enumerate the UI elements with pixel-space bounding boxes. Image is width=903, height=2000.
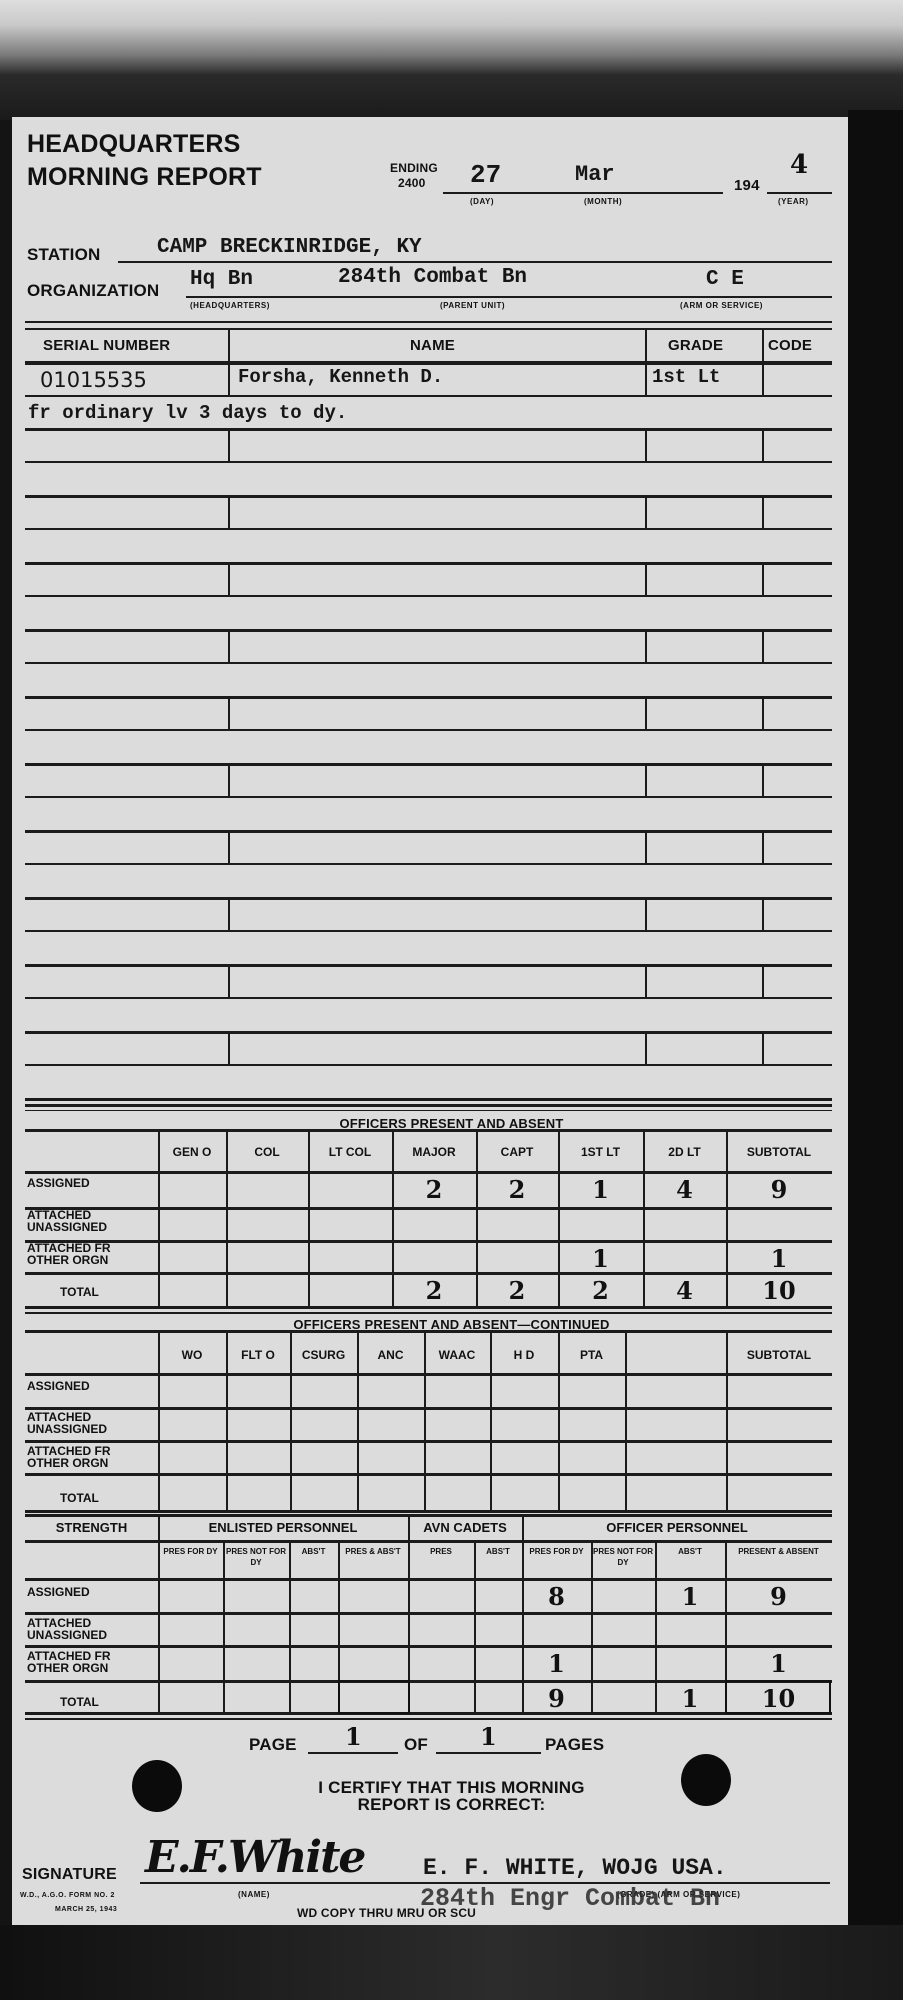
rule [25, 428, 832, 431]
entry-serial: 01015535 [40, 368, 147, 392]
col-divider [228, 763, 230, 796]
rule [25, 830, 832, 833]
rule [25, 1680, 832, 1683]
rule [25, 1440, 832, 1443]
entry-grade: 1st Lt [652, 366, 720, 388]
form-title-morning-report: MORNING REPORT [27, 164, 262, 190]
officers-cell: 1 [558, 1244, 643, 1273]
continued-col-header: WAAC [424, 1348, 490, 1362]
form-title-headquarters: HEADQUARTERS [27, 131, 241, 157]
avn-cadets-group-header: AVN CADETS [408, 1520, 522, 1535]
of-label: OF [404, 1735, 428, 1755]
col-divider [762, 696, 764, 729]
col-header-serial: SERIAL NUMBER [43, 337, 170, 354]
page-total: 1 [480, 1722, 497, 1751]
rule [25, 696, 832, 699]
rule [25, 1098, 832, 1101]
col-divider [228, 629, 230, 662]
strength-cell: 9 [725, 1582, 832, 1611]
org-parent-unit: 284th Combat Bn [338, 266, 527, 289]
ending-label: ENDING [390, 161, 438, 175]
rule [25, 729, 832, 731]
strength-row-label: ASSIGNED [27, 1586, 137, 1598]
scan-top-border [0, 0, 903, 120]
officers-col-header: COL [226, 1145, 308, 1159]
rule [25, 1330, 832, 1333]
officers-col-header: CAPT [476, 1145, 558, 1159]
station-label: STATION [27, 245, 100, 265]
continued-row-label: TOTAL [60, 1492, 170, 1504]
col-divider [228, 1031, 230, 1064]
col-divider [762, 964, 764, 997]
continued-col-header: FLT O [226, 1348, 290, 1362]
rule [25, 1718, 832, 1720]
enlisted-group-header: ENLISTED PERSONNEL [158, 1520, 408, 1535]
signer-typed-name: E. F. WHITE, WOJG USA. [423, 1855, 727, 1881]
col-divider [762, 763, 764, 796]
col-divider [762, 330, 764, 396]
name-caption: (NAME) [238, 1890, 270, 1899]
report-month: Mar [575, 162, 615, 187]
strength-title: STRENGTH [25, 1520, 158, 1535]
officers-col-header: MAJOR [392, 1145, 476, 1159]
rule [25, 1407, 832, 1410]
rule [25, 395, 832, 397]
officers-cell: 10 [726, 1276, 832, 1305]
rule [25, 964, 832, 967]
col-divider [625, 1330, 627, 1510]
rule [25, 1064, 832, 1066]
report-day: 27 [470, 160, 501, 190]
organization-label: ORGANIZATION [27, 281, 159, 301]
col-divider [228, 428, 230, 461]
rule [25, 1031, 832, 1034]
parent-unit-caption: (PARENT UNIT) [440, 301, 505, 310]
officers-cell: 1 [726, 1244, 832, 1273]
officers-col-header: 1ST LT [558, 1145, 643, 1159]
enlisted-total-box [338, 1680, 410, 1714]
rule [25, 1473, 832, 1476]
officers-cell: 2 [558, 1276, 643, 1305]
col-divider [228, 897, 230, 930]
continued-col-header: ANC [357, 1348, 424, 1362]
rule [25, 629, 832, 632]
pages-label: PAGES [545, 1735, 604, 1755]
rule [25, 461, 832, 463]
signature-script: E.F.White [145, 1832, 364, 1883]
rule [25, 1104, 832, 1107]
continued-row-label: ATTACHED FR OTHER ORGN [27, 1445, 137, 1469]
col-divider [228, 830, 230, 863]
col-divider [762, 830, 764, 863]
strength-row-label: ATTACHED FR OTHER ORGN [27, 1650, 137, 1674]
col-divider [645, 1031, 647, 1064]
col-divider [228, 495, 230, 528]
strength-cell: 1 [655, 1684, 725, 1713]
col-divider [228, 964, 230, 997]
year-underline [767, 192, 832, 194]
date-underline [443, 192, 723, 194]
officer-total-box [725, 1680, 831, 1714]
rule [25, 763, 832, 766]
certify-line-2: REPORT IS CORRECT: [0, 1796, 903, 1814]
col-divider [645, 629, 647, 662]
station-value: CAMP BRECKINRIDGE, KY [157, 236, 422, 259]
rule [25, 1373, 832, 1376]
officers-col-header: 2D LT [643, 1145, 726, 1159]
officers-cell: 2 [392, 1276, 476, 1305]
col-divider [645, 562, 647, 595]
rule [25, 1510, 832, 1513]
strength-col-header: ABS'T [655, 1546, 725, 1557]
strength-col-header: PRES & ABS'T [338, 1546, 408, 1557]
rule [25, 997, 832, 999]
strength-cell: 8 [522, 1582, 591, 1611]
rule [25, 1272, 832, 1275]
col-divider [762, 428, 764, 461]
rule [25, 1312, 832, 1314]
officers-cell: 9 [726, 1175, 832, 1204]
strength-col-header: PRESENT & ABSENT [725, 1546, 832, 1557]
col-header-code: CODE [768, 337, 812, 354]
rule [25, 562, 832, 565]
strength-col-header: PRES NOT FOR DY [591, 1546, 655, 1568]
rule [25, 1110, 832, 1111]
continued-row-label: ATTACHED UNASSIGNED [27, 1411, 137, 1435]
officers-row-label: ATTACHED FR OTHER ORGN [27, 1242, 137, 1266]
officers-cell: 1 [558, 1175, 643, 1204]
header-rule [25, 361, 832, 365]
rule [25, 1514, 832, 1517]
org-headquarters: Hq Bn [190, 268, 253, 291]
officers-row-label: ATTACHED UNASSIGNED [27, 1209, 137, 1233]
rule [25, 1578, 832, 1581]
col-divider [645, 330, 647, 396]
ending-time-label: 2400 [398, 176, 426, 190]
headquarters-caption: (HEADQUARTERS) [190, 301, 270, 310]
strength-col-header: PRES FOR DY [158, 1546, 223, 1557]
rule [25, 321, 832, 323]
report-year-digit: 4 [790, 150, 808, 180]
organization-underline [186, 296, 832, 298]
officers-cell: 4 [643, 1276, 726, 1305]
station-underline [118, 261, 832, 263]
rule [25, 595, 832, 597]
col-divider [645, 897, 647, 930]
day-caption: (DAY) [470, 197, 494, 206]
col-divider [762, 897, 764, 930]
rule [25, 1171, 832, 1174]
rule [25, 495, 832, 498]
strength-cell: 1 [655, 1582, 725, 1611]
strength-cell: 1 [725, 1649, 832, 1678]
rule [25, 1129, 832, 1132]
col-divider [645, 830, 647, 863]
continued-col-header: CSURG [290, 1348, 357, 1362]
col-divider [228, 696, 230, 729]
strength-col-header: PRES FOR DY [522, 1546, 591, 1557]
strength-cell: 1 [522, 1649, 591, 1678]
officers-col-header: GEN O [158, 1145, 226, 1159]
rule [25, 662, 832, 664]
rule [25, 1645, 832, 1648]
col-divider [645, 428, 647, 461]
form-date: MARCH 25, 1943 [55, 1906, 117, 1913]
unit-stamp: 284th Engr Combat Bn [420, 1884, 720, 1913]
rule [25, 796, 832, 798]
officer-personnel-group-header: OFFICER PERSONNEL [522, 1520, 832, 1535]
col-divider [762, 629, 764, 662]
rule [25, 897, 832, 900]
col-divider [645, 495, 647, 528]
scan-right-border [848, 110, 903, 1940]
strength-row-label: ATTACHED UNASSIGNED [27, 1617, 137, 1641]
entry-remark: fr ordinary lv 3 days to dy. [28, 402, 347, 424]
col-divider [228, 562, 230, 595]
arm-service-caption: (ARM OR SERVICE) [680, 301, 763, 310]
col-divider [645, 696, 647, 729]
officers-col-header: SUBTOTAL [726, 1145, 832, 1159]
rule [25, 1540, 832, 1543]
strength-cell: 9 [522, 1684, 591, 1713]
rule [25, 1306, 832, 1309]
year-caption: (YEAR) [778, 197, 809, 206]
of-underline [436, 1752, 541, 1754]
strength-col-header: ABS'T [474, 1546, 522, 1557]
strength-col-header: PRES NOT FOR DY [223, 1546, 289, 1568]
rule [25, 1240, 832, 1243]
col-divider [762, 562, 764, 595]
officers-row-label: ASSIGNED [27, 1177, 137, 1189]
continued-col-header: WO [158, 1348, 226, 1362]
rule [25, 1612, 832, 1615]
col-divider [762, 495, 764, 528]
officers-col-header: LT COL [308, 1145, 392, 1159]
col-divider [645, 763, 647, 796]
col-header-name: NAME [410, 337, 455, 354]
month-caption: (MONTH) [584, 197, 622, 206]
col-divider [474, 1540, 476, 1712]
strength-col-header: PRES [408, 1546, 474, 1557]
page-label: PAGE [249, 1735, 297, 1755]
rule [25, 930, 832, 932]
strength-col-header: ABS'T [289, 1546, 338, 1557]
page-underline [308, 1752, 398, 1754]
col-divider [289, 1540, 291, 1712]
officers-cell: 4 [643, 1175, 726, 1204]
col-divider [228, 330, 230, 396]
col-divider [522, 1514, 524, 1712]
col-header-grade: GRADE [668, 337, 723, 354]
rule [25, 328, 832, 330]
col-divider [762, 1031, 764, 1064]
continued-col-header: H D [490, 1348, 558, 1362]
entry-name: Forsha, Kenneth D. [238, 366, 443, 388]
rule [25, 1207, 832, 1210]
scan-bottom-border [0, 1925, 903, 2000]
col-divider [645, 964, 647, 997]
rule [25, 528, 832, 530]
strength-row-label: TOTAL [60, 1696, 170, 1708]
officers-cell: 2 [476, 1276, 558, 1305]
rule [25, 863, 832, 865]
continued-col-header: SUBTOTAL [726, 1348, 832, 1362]
continued-row-label: ASSIGNED [27, 1380, 137, 1392]
year-prefix: 194 [734, 177, 760, 194]
officers-cell: 2 [476, 1175, 558, 1204]
officers-cell: 2 [392, 1175, 476, 1204]
col-divider [158, 1514, 160, 1712]
officers-row-label: TOTAL [60, 1286, 170, 1298]
signature-label: SIGNATURE [22, 1866, 117, 1884]
page-number: 1 [345, 1722, 362, 1751]
form-number: W.D., A.G.O. FORM NO. 2 [20, 1892, 115, 1899]
org-arm-service: C E [706, 268, 744, 291]
continued-col-header: PTA [558, 1348, 625, 1362]
